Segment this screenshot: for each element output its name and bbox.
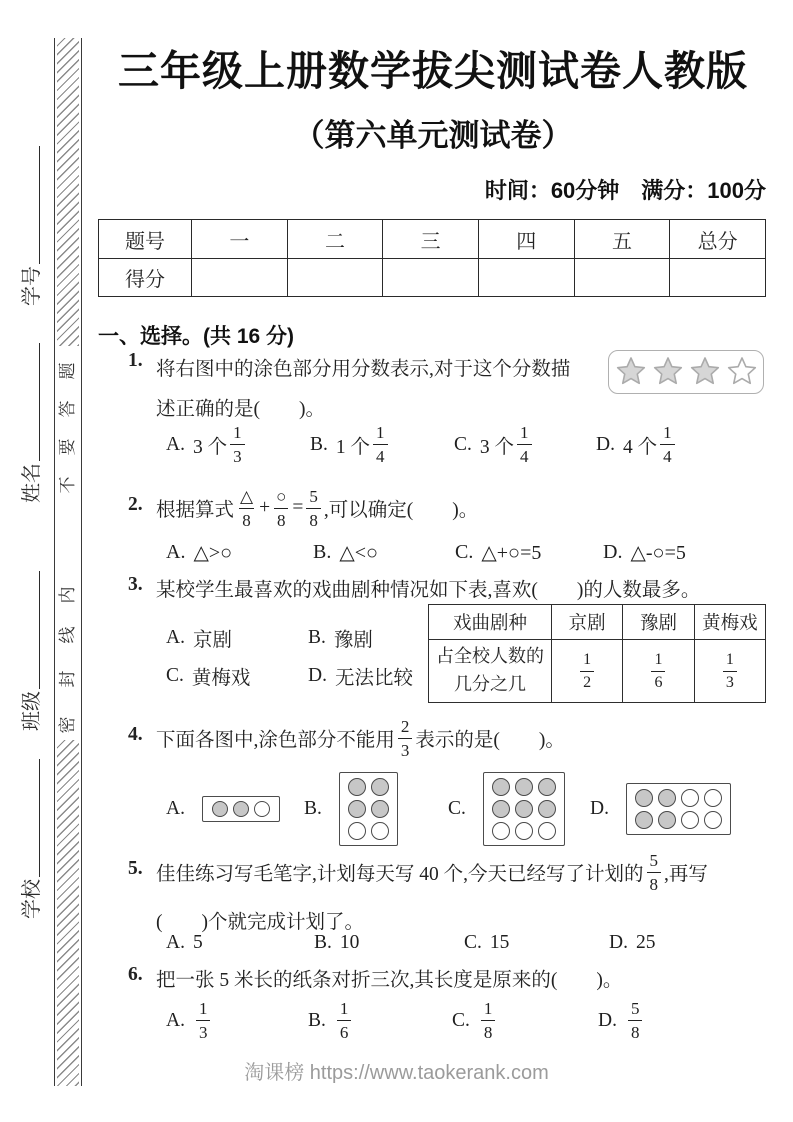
option-label: D.: [596, 434, 615, 456]
q6-option-a[interactable]: A. 13: [166, 1000, 308, 1041]
shaded-circle: [635, 789, 653, 807]
class-blank-line[interactable]: [39, 571, 40, 689]
school-blank-line[interactable]: [39, 759, 40, 877]
seal-char: 密: [57, 712, 79, 738]
class-label: 班级: [15, 691, 44, 731]
q3-option-a[interactable]: A. 京剧: [166, 624, 232, 652]
section-one-title: 一、选择。(共 16 分): [98, 320, 294, 350]
plus-sign: +: [259, 497, 270, 519]
question-4-text-post: 表示的是( )。: [415, 724, 565, 752]
score-header-cell: 一: [192, 220, 288, 259]
fraction: 14: [373, 424, 388, 465]
q6-option-c[interactable]: C. 18: [452, 1000, 598, 1041]
q5-option-d[interactable]: D. 25: [609, 932, 655, 954]
shaded-circle: [492, 800, 510, 818]
time-score-info: 时间：60分钟 满分：100分: [98, 174, 766, 205]
question-2-text: 根据算式: [156, 494, 234, 522]
question-1-text-line1: 将右图中的涂色部分用分数表示,对于这个分数描: [156, 350, 661, 390]
score-empty-cell[interactable]: [287, 259, 383, 297]
empty-circle: [371, 822, 389, 840]
option-label: B.: [314, 932, 332, 954]
opera-table-header-row: 戏曲剧种 京剧 豫剧 黄梅戏: [429, 605, 766, 640]
question-5-text-line2: ( )个就完成计划了。: [156, 906, 768, 934]
empty-circle: [704, 789, 722, 807]
opera-header-cell: 黄梅戏: [694, 605, 765, 640]
option-text: 无法比较: [335, 662, 413, 690]
opera-header-cell: 豫剧: [623, 605, 694, 640]
q4-option-c[interactable]: C.: [448, 772, 565, 846]
seal-char: 答: [57, 396, 79, 422]
q5-option-c[interactable]: C. 15: [464, 932, 609, 954]
empty-circle: [348, 822, 366, 840]
question-5-text-post: ,再写: [664, 858, 708, 886]
score-header-cell: 五: [574, 220, 670, 259]
fraction: 12: [580, 652, 594, 691]
opera-value-cell: 13: [694, 640, 765, 703]
fraction-5-over-8: 58: [306, 488, 321, 529]
shaded-circle: [658, 789, 676, 807]
option-label: B.: [313, 541, 331, 564]
dot-figure-c: [483, 772, 565, 846]
shaded-circle: [538, 778, 556, 796]
score-empty-cell[interactable]: [478, 259, 574, 297]
score-header-cell: 总分: [670, 220, 766, 259]
option-label: D.: [603, 541, 622, 564]
empty-circle: [538, 822, 556, 840]
student-id-blank-line[interactable]: [39, 146, 40, 264]
q4-option-d[interactable]: D.: [590, 783, 731, 835]
student-name-field: 姓名: [18, 343, 44, 503]
empty-circle: [704, 811, 722, 829]
option-label: D.: [308, 665, 327, 687]
q2-option-b[interactable]: B. △<○: [313, 540, 455, 565]
star-filled-icon: [615, 356, 647, 388]
seal-hatching-bottom: [57, 740, 79, 1086]
question-6-options: A. 13 B. 16 C. 18 D. 58: [166, 1000, 645, 1041]
test-paper-page: 学号 姓名 班级 学校 题答要不内线封密 三年级上册数学拔尖测试卷人教版 （第六…: [0, 0, 793, 1122]
student-id-label: 学号: [15, 266, 44, 306]
opera-value-cell: 16: [623, 640, 694, 703]
question-6: 6. 把一张 5 米长的纸条对折三次,其长度是原来的( )。: [98, 964, 768, 994]
shaded-circle: [635, 811, 653, 829]
shaded-circle: [371, 800, 389, 818]
option-label: C.: [448, 798, 466, 820]
empty-circle: [515, 822, 533, 840]
fraction-2-over-3: 23: [398, 718, 413, 759]
question-3-number: 3.: [128, 574, 143, 596]
footer-watermark: 淘课榜 https://www.taokerank.com: [0, 1056, 793, 1085]
option-label: B.: [308, 627, 326, 649]
option-label: D.: [598, 1010, 617, 1032]
q5-option-b[interactable]: B. 10: [314, 932, 464, 954]
fraction-circle-over-8: ○8: [273, 488, 289, 529]
q2-option-d[interactable]: D. △-○=5: [603, 540, 686, 565]
option-text: 京剧: [193, 624, 232, 652]
q5-option-a[interactable]: A. 5: [166, 932, 314, 954]
star-empty-icon: [726, 356, 758, 388]
question-2-text-post: ,可以确定( )。: [324, 494, 478, 522]
footer-site-link[interactable]: 淘课榜 https://www.taokerank.com: [244, 1062, 549, 1084]
shaded-circle: [538, 800, 556, 818]
score-empty-cell[interactable]: [574, 259, 670, 297]
option-text: △-○=5: [630, 540, 685, 565]
option-text: 25: [636, 932, 656, 954]
opera-header-cell: 戏曲剧种: [429, 605, 552, 640]
opera-value-cell: 12: [552, 640, 623, 703]
q6-option-b[interactable]: B. 16: [308, 1000, 452, 1041]
empty-circle: [254, 801, 270, 817]
shaded-circle: [515, 800, 533, 818]
question-3: 3. 某校学生最喜欢的戏曲剧种情况如下表,喜欢( )的人数最多。 A. 京剧 B…: [98, 574, 768, 704]
option-label: B.: [304, 798, 322, 820]
question-5-options: A. 5 B. 10 C. 15 D. 25: [166, 932, 655, 954]
option-text: △+○=5: [481, 540, 541, 565]
dot-figure-d: [626, 783, 731, 835]
option-text: 3 个: [480, 431, 514, 459]
opera-header-cell: 京剧: [552, 605, 623, 640]
fraction-5-over-8: 58: [647, 852, 662, 893]
seal-char: 封: [57, 666, 79, 692]
shaded-circle: [658, 811, 676, 829]
seal-hatching-top: [57, 38, 79, 346]
q1-option-b[interactable]: B. 1 个 14: [310, 424, 454, 465]
question-4-number: 4.: [128, 724, 143, 746]
fraction: 16: [651, 652, 665, 691]
fraction: 14: [517, 424, 532, 465]
q3-option-c[interactable]: C. 黄梅戏: [166, 662, 250, 690]
q1-option-a[interactable]: A. 3 个 13: [166, 424, 310, 465]
q2-option-c[interactable]: C. △+○=5: [455, 540, 603, 565]
empty-circle: [681, 811, 699, 829]
question-2-options: A. △>○ B. △<○ C. △+○=5 D. △-○=5: [166, 540, 686, 565]
equals-sign: =: [292, 497, 303, 519]
seal-char: 题: [57, 358, 79, 384]
question-1-options: A. 3 个 13 B. 1 个 14 C. 3 个 14 D. 4 个 14: [166, 424, 678, 465]
score-header-cell: 题号: [99, 220, 192, 259]
option-label: A.: [166, 932, 185, 954]
option-text: 4 个: [623, 431, 657, 459]
fraction: 18: [481, 1000, 496, 1041]
question-2-number: 2.: [128, 494, 143, 516]
score-table-header-row: 题号 一 二 三 四 五 总分: [99, 220, 766, 259]
score-table: 题号 一 二 三 四 五 总分 得分: [98, 219, 766, 297]
dot-figure-a: [202, 796, 280, 822]
option-label: A.: [166, 434, 185, 456]
empty-circle: [492, 822, 510, 840]
school-label: 学校: [15, 879, 44, 919]
option-label: D.: [609, 932, 628, 954]
question-4: 4. 下面各图中,涂色部分不能用 23 表示的是( )。 A. B. C.: [98, 712, 768, 850]
opera-row-label: 占全校人数的 几分之几: [429, 640, 552, 703]
option-label: A.: [166, 798, 185, 820]
option-label: C.: [452, 1010, 470, 1032]
q4-option-b[interactable]: B.: [304, 772, 398, 846]
q1-option-c[interactable]: C. 3 个 14: [454, 424, 596, 465]
option-text: 黄梅戏: [192, 662, 251, 690]
class-field: 班级: [18, 571, 44, 731]
question-1-number: 1.: [128, 350, 143, 372]
q1-option-d[interactable]: D. 4 个 14: [596, 424, 678, 465]
shaded-circle: [212, 801, 228, 817]
option-text: 15: [490, 932, 510, 954]
option-label: C.: [454, 434, 472, 456]
shaded-circle: [371, 778, 389, 796]
question-4-text: 下面各图中,涂色部分不能用: [156, 724, 395, 752]
seal-char: 内: [57, 582, 79, 608]
star-filled-icon: [689, 356, 721, 388]
shaded-circle: [492, 778, 510, 796]
question-6-text: 把一张 5 米长的纸条对折三次,其长度是原来的( )。: [156, 964, 768, 992]
fraction-triangle-over-8: △8: [237, 488, 256, 529]
shaded-circle: [515, 778, 533, 796]
score-empty-cell[interactable]: [670, 259, 766, 297]
paper-subtitle: （第六单元测试卷）: [98, 110, 768, 155]
score-table-score-row: 得分: [99, 259, 766, 297]
option-text: △<○: [339, 540, 378, 565]
question-3-text: 某校学生最喜欢的戏曲剧种情况如下表,喜欢( )的人数最多。: [156, 574, 768, 602]
option-text: 3 个: [193, 431, 227, 459]
option-label: A.: [166, 1010, 185, 1032]
student-id-field: 学号: [18, 146, 44, 306]
question-6-number: 6.: [128, 964, 143, 986]
option-label: C.: [464, 932, 482, 954]
q6-option-d[interactable]: D. 58: [598, 1000, 645, 1041]
opera-genre-table: 戏曲剧种 京剧 豫剧 黄梅戏 占全校人数的 几分之几 12 16: [428, 604, 766, 703]
empty-circle: [681, 789, 699, 807]
option-text: 10: [340, 932, 360, 954]
option-label: B.: [310, 434, 328, 456]
seal-char: 线: [57, 622, 79, 648]
fraction: 13: [230, 424, 245, 465]
option-label: D.: [590, 798, 609, 820]
star-rating: [608, 350, 764, 394]
option-text: 豫剧: [334, 624, 373, 652]
question-2: 2. 根据算式 △8 + ○8 = 58 ,可以确定( )。: [98, 482, 768, 534]
q4-option-a[interactable]: A.: [166, 796, 280, 822]
q3-option-d[interactable]: D. 无法比较: [308, 662, 413, 690]
opera-table-value-row: 占全校人数的 几分之几 12 16 13: [429, 640, 766, 703]
q2-option-a[interactable]: A. △>○: [166, 540, 313, 565]
fraction: 58: [628, 1000, 643, 1041]
star-filled-icon: [652, 356, 684, 388]
option-label: C.: [166, 665, 184, 687]
fraction: 14: [660, 424, 675, 465]
score-empty-cell[interactable]: [383, 259, 479, 297]
question-5-number: 5.: [128, 858, 143, 880]
student-name-blank-line[interactable]: [39, 343, 40, 461]
score-empty-cell[interactable]: [192, 259, 288, 297]
option-label: A.: [166, 541, 185, 564]
seal-char: 要: [57, 434, 79, 460]
student-name-label: 姓名: [15, 463, 44, 503]
fraction: 13: [723, 652, 737, 691]
dot-figure-b: [339, 772, 398, 846]
shaded-circle: [233, 801, 249, 817]
seal-char: 不: [57, 472, 79, 498]
option-label: B.: [308, 1010, 326, 1032]
fraction: 16: [337, 1000, 352, 1041]
option-label: A.: [166, 627, 185, 649]
shaded-circle: [348, 778, 366, 796]
score-header-cell: 三: [383, 220, 479, 259]
option-text: 1 个: [336, 431, 370, 459]
paper-title: 三年级上册数学拔尖测试卷人教版: [98, 38, 768, 97]
school-field: 学校: [18, 759, 44, 919]
shaded-circle: [348, 800, 366, 818]
score-header-cell: 四: [478, 220, 574, 259]
question-1: 1. 将右图中的涂色部分用分数表示,对于这个分数描 述正确的是( )。: [98, 350, 768, 420]
option-label: C.: [455, 541, 473, 564]
option-text: △>○: [193, 540, 232, 565]
question-4-figures: A. B. C. D.: [98, 768, 768, 850]
score-header-cell: 二: [287, 220, 383, 259]
seal-line-band: 题答要不内线封密: [54, 38, 82, 1086]
fraction: 13: [196, 1000, 211, 1041]
q3-option-b[interactable]: B. 豫剧: [308, 624, 373, 652]
score-row-label: 得分: [99, 259, 192, 297]
option-text: 5: [193, 932, 203, 954]
question-5-text: 佳佳练习写毛笔字,计划每天写 40 个,今天已经写了计划的: [156, 858, 644, 886]
